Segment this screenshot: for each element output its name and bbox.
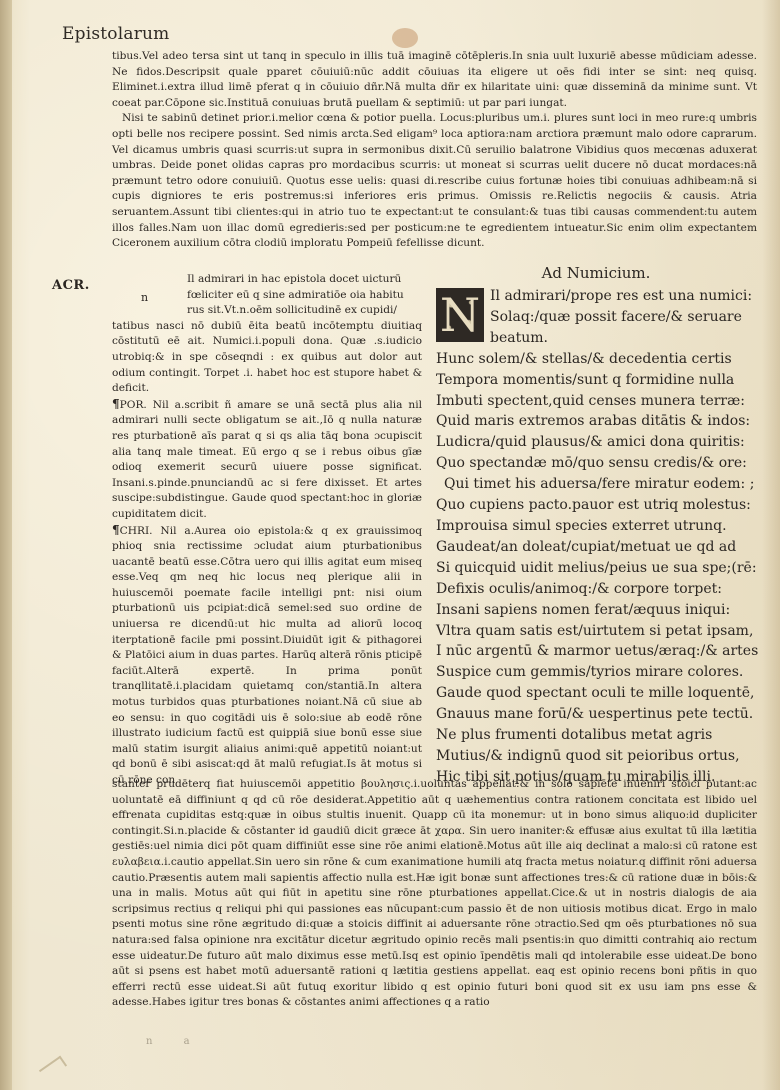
poem-line: Mutius/& indignū quod sit peioribus ortu… — [436, 746, 756, 767]
poem-line: Vltra quam satis est/uirtutem si petat i… — [436, 621, 756, 642]
commentary-left-column: Il admirari in hac epistola docet uictur… — [112, 272, 422, 789]
commentary-paragraph-chri: ¶CHRI. Nil a.Aurea oio epistola:& q ex g… — [112, 523, 422, 789]
commentary-paragraph: tatibus nasci nō dubiū ēita beatū incōte… — [112, 319, 422, 397]
poem-body: N Il admirari/prope res est una numici: … — [436, 286, 756, 788]
signature-marks: n a — [146, 1036, 204, 1047]
book-page: Epistolarum tibus.Vel adeo tersa sint ut… — [0, 0, 780, 1090]
commentary-bottom: stanter prudēterq fiat huiuscemōi appeti… — [112, 777, 757, 1011]
poem-line: Quo spectandæ mō/quo sensu credis/& ore: — [436, 453, 756, 474]
commentary-paragraph: tibus.Vel adeo tersa sint ut tanq in spe… — [112, 49, 757, 111]
poem-line: Ludicra/quid plausus/& amici dona quirit… — [436, 432, 756, 453]
poem-epistle: Ad Numicium. N Il admirari/prope res est… — [436, 263, 756, 788]
decorated-initial-icon: N — [436, 288, 484, 342]
commentary-paragraph: stanter prudēterq fiat huiuscemōi appeti… — [112, 777, 757, 1011]
poem-line: Hunc solem/& stellas/& decedentia certis — [436, 349, 756, 370]
poem-line: Solaq:/quæ possit facere/& seruare — [436, 307, 756, 328]
poem-line: Gaudeat/an doleat/cupiat/metuat ue qd ad — [436, 537, 756, 558]
commentary-intro-line: Il admirari in hac epistola docet uictur… — [112, 272, 422, 288]
page-edge-shadow — [762, 0, 780, 1090]
commentary-paragraph: Nisi te sabinū detinet prior.i.melior cœ… — [112, 111, 757, 251]
poem-line: Insani sapiens nomen ferat/æquus iniqui: — [436, 600, 756, 621]
paragraph-mark-icon: ¶ — [112, 523, 120, 537]
poem-line: Defixis oculis/animoq:/& corpore torpet: — [436, 579, 756, 600]
commentary-paragraph-por: ¶POR. Nil a.scribit ñ amare se unā sectā… — [112, 397, 422, 523]
poem-title: Ad Numicium. — [436, 263, 756, 283]
margin-note-acr: ACR. — [52, 278, 90, 293]
commentary-intro-line: rus sit.Vt.n.oēm sollicitudinē ex cupidi… — [112, 303, 422, 319]
poem-line: Il admirari/prope res est una numici: — [436, 286, 756, 307]
poem-line: Ne plus frumenti dotalibus metat agris — [436, 725, 756, 746]
poem-line: Quid maris extremos arabas ditātis & ind… — [436, 411, 756, 432]
poem-line: Qui timet his aduersa/fere miratur eodem… — [436, 474, 756, 495]
poem-line: beatum. — [436, 328, 756, 349]
running-head: Epistolarum — [62, 24, 170, 44]
poem-line: Suspice cum gemmis/tyrios mirare colores… — [436, 662, 756, 683]
poem-line: Si quicquid uidit melius/peius ue sua sp… — [436, 558, 756, 579]
ink-stain — [392, 28, 418, 48]
commentary-intro-line: fœliciter eū q sine admiratiōe oia habit… — [112, 288, 422, 304]
page-corner-mark — [39, 1056, 67, 1081]
poem-line: I nūc argentū & marmor uetus/æraq:/& art… — [436, 641, 756, 662]
paragraph-mark-icon: ¶ — [112, 397, 120, 411]
poem-line: Quo cupiens pacto.pauor est utriq molest… — [436, 495, 756, 516]
poem-line: Imbuti spectent,quid censes munera terræ… — [436, 391, 756, 412]
commentary-top: tibus.Vel adeo tersa sint ut tanq in spe… — [112, 49, 757, 252]
poem-line: Tempora momentis/sunt q formidine nulla — [436, 370, 756, 391]
poem-line: Improuisa simul species exterret utrunq. — [436, 516, 756, 537]
binding-gutter — [0, 0, 12, 1090]
poem-line: Gaude quod spectant oculi te mille loque… — [436, 683, 756, 704]
poem-line: Gnauus mane forū/& uespertinus pete tect… — [436, 704, 756, 725]
